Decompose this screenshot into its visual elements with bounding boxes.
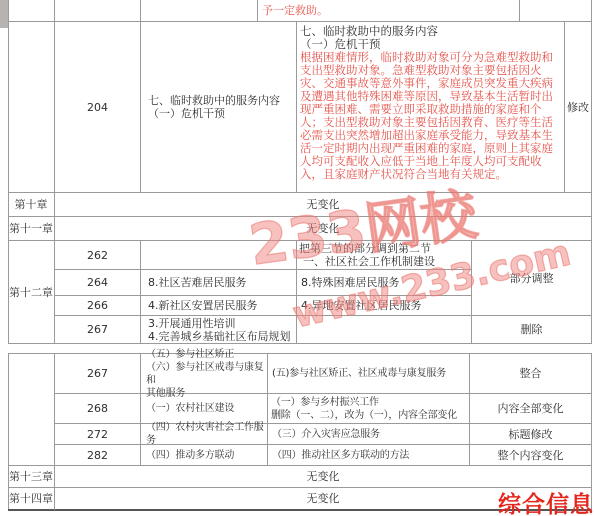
old-content-line: 3.开展通用性培训 (148, 317, 236, 330)
document-page: 予一定救助。 204 七、临时救助中的服务内容 （一）危机干预 七、临时救助中的… (0, 0, 594, 516)
cell-status-10: 无变化 (55, 193, 592, 217)
cell-new-267b: (五)参与社区矫正、社区戒毒与康复服务 (268, 354, 470, 394)
cell-change-merged: 部分调整 (472, 241, 592, 316)
old-content-line: （五）参与社区矫正 (146, 348, 234, 361)
cell-page-262: 262 (55, 241, 141, 270)
cell-change-268: 内容全部变化 (470, 394, 592, 424)
cell-old-267b: （五）参与社区矫正 （六）参与社区戒毒与康复和 其他服务 (141, 354, 268, 394)
cell-page-266: 266 (55, 296, 141, 316)
old-content-line: 4.完善城乡基础社区布局规划 (148, 330, 291, 343)
cell-chapter-blank (8, 22, 55, 193)
cell-new-262: 把第三节的部分调到第二节 一、社区社会工作机制建设 (297, 241, 472, 270)
cell-page-264: 264 (55, 270, 141, 296)
cell-status-13: 无变化 (55, 466, 592, 488)
cell-new-267 (297, 316, 472, 344)
new-content-line: 一、社区社会工作机制建设 (297, 255, 435, 268)
cell-chapter-blank (8, 0, 55, 22)
cell-chapter-12: 第十二章 (8, 241, 55, 344)
cell-change-267: 删除 (472, 316, 592, 344)
cell-page-267b: 267 (55, 354, 141, 394)
cell-new-272: （三）介入灾害应急服务 (268, 424, 470, 445)
cell-chapter-13: 第十三章 (8, 466, 55, 488)
new-content-line: 把第三节的部分调到第二节 (297, 242, 431, 255)
cell-page-282: 282 (55, 445, 141, 466)
cell-change-272: 标题修改 (470, 424, 592, 445)
cell-old-204: 七、临时救助中的服务内容 （一）危机干预 (141, 22, 297, 193)
cell-old-267: 3.开展通用性培训 4.完善城乡基础社区布局规划 (141, 316, 297, 344)
cell-chapter-blank (8, 354, 55, 466)
new-content-highlight: 根据困难情形，临时救助对象可分为急难型救助和支出型救助对象。急难型救助对象主要包… (300, 51, 561, 181)
cell-page-268: 268 (55, 394, 141, 424)
cell-change-204: 修改 (565, 22, 592, 193)
cell-old-272: （四）农村灾害社会工作服务 (141, 424, 268, 445)
cell-change-267b: 整合 (470, 354, 592, 394)
cell-new-266: 4.异地安置社区居民服务 (297, 296, 472, 316)
cell-old-blank (141, 0, 258, 22)
new-content-line: （一）参与乡村振兴工作 (271, 396, 379, 409)
cell-chapter-14: 第十四章 (8, 488, 55, 511)
cell-status-11: 无变化 (55, 217, 592, 241)
cell-new-268: （一）参与乡村振兴工作 删除（一、二），改为（一），内容全部变化 (268, 394, 470, 424)
cell-new-tail: 予一定救助。 (258, 0, 520, 22)
cell-new-264: 8.特殊困难居民服务 (297, 270, 472, 296)
old-content-line: 七、临时救助中的服务内容 (148, 94, 280, 107)
cell-old-266: 4.新社区安置居民服务 (141, 296, 297, 316)
cell-page-204: 204 (55, 22, 141, 193)
cell-new-282: （四）推动社区多方联动的方法 (268, 445, 470, 466)
cell-change-blank (520, 0, 592, 22)
old-content-line: （六）参与社区戒毒与康复和 (146, 361, 267, 387)
cell-chapter-11: 第十一章 (8, 217, 55, 241)
status-badge: 综合信息 (498, 486, 594, 516)
old-content-line: （一）危机干预 (148, 107, 225, 120)
cell-page-blank (55, 0, 141, 22)
cell-old-268: （一）农村社区建设 (141, 394, 268, 424)
cell-old-264: 8.社区苦难居民服务 (141, 270, 297, 296)
cell-page-272: 272 (55, 424, 141, 445)
cell-old-262 (141, 241, 297, 270)
cell-page-267: 267 (55, 316, 141, 344)
new-content-line: 删除（一、二），改为（一），内容全部变化 (271, 409, 457, 422)
cell-old-282: （四）推动多方联动 (141, 445, 268, 466)
cell-chapter-10: 第十章 (8, 193, 55, 217)
cell-new-204: 七、临时救助中的服务内容 （一）危机干预 根据困难情形，临时救助对象可分为急难型… (297, 22, 565, 193)
cell-change-282: 整个内容变化 (470, 445, 592, 466)
